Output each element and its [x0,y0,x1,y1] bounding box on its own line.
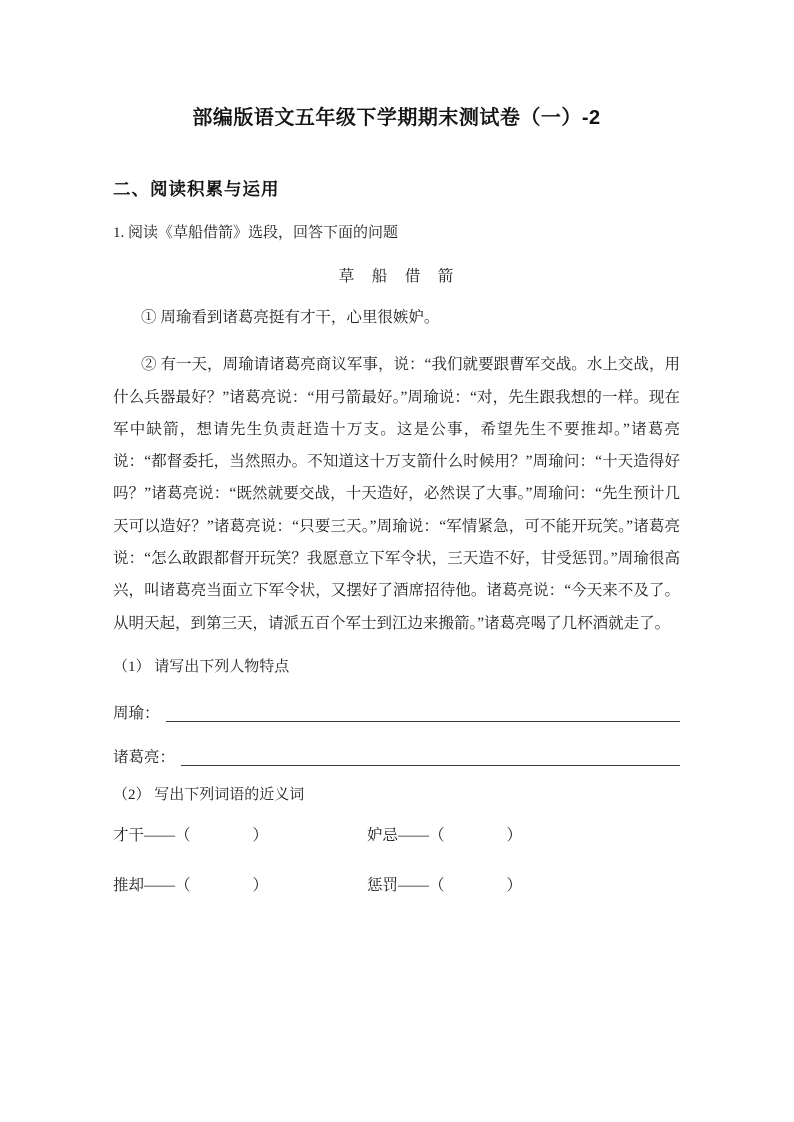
blank-label-zhouyu: 周瑜： [113,703,166,724]
question-1-prompt: 1. 阅读《草船借箭》选段，回答下面的问题 [113,223,680,244]
blank-label-zhugeliang: 诸葛亮： [113,747,181,768]
synonym-item-chengfa[interactable]: 惩罚——（ ） [367,875,680,896]
sub-question-2-prompt: （2） 写出下列词语的近义词 [113,785,680,806]
passage-paragraph-1: ① 周瑜看到诸葛亮挺有才干，心里很嫉妒。 [113,302,680,334]
passage-paragraph-2: ② 有一天，周瑜请诸葛亮商议军事，说：“我们就要跟曹军交战。水上交战，用什么兵器… [113,349,680,640]
answer-line-zhugeliang[interactable] [181,765,680,766]
answer-blank-row-zhouyu: 周瑜： [113,703,680,724]
document-content: 部编版语文五年级下学期期末测试卷（一）-2 二、阅读积累与运用 1. 阅读《草船… [0,0,794,896]
synonym-row-1: 才干——（ ） 妒忌——（ ） [113,825,680,846]
passage-title: 草 船 借 箭 [113,266,680,287]
synonym-row-2: 推却——（ ） 惩罚——（ ） [113,875,680,896]
document-page: 部编版语文五年级下学期期末测试卷（一）-2 二、阅读积累与运用 1. 阅读《草船… [0,0,794,1122]
sub-question-1-prompt: （1） 请写出下列人物特点 [113,657,680,678]
document-title: 部编版语文五年级下学期期末测试卷（一）-2 [113,0,680,133]
section-heading: 二、阅读积累与运用 [113,178,680,200]
synonym-item-tuique[interactable]: 推却——（ ） [113,875,367,896]
synonym-item-duji[interactable]: 妒忌——（ ） [367,825,680,846]
answer-line-zhouyu[interactable] [166,721,680,722]
synonym-item-caigan[interactable]: 才干——（ ） [113,825,367,846]
answer-blank-row-zhugeliang: 诸葛亮： [113,747,680,768]
